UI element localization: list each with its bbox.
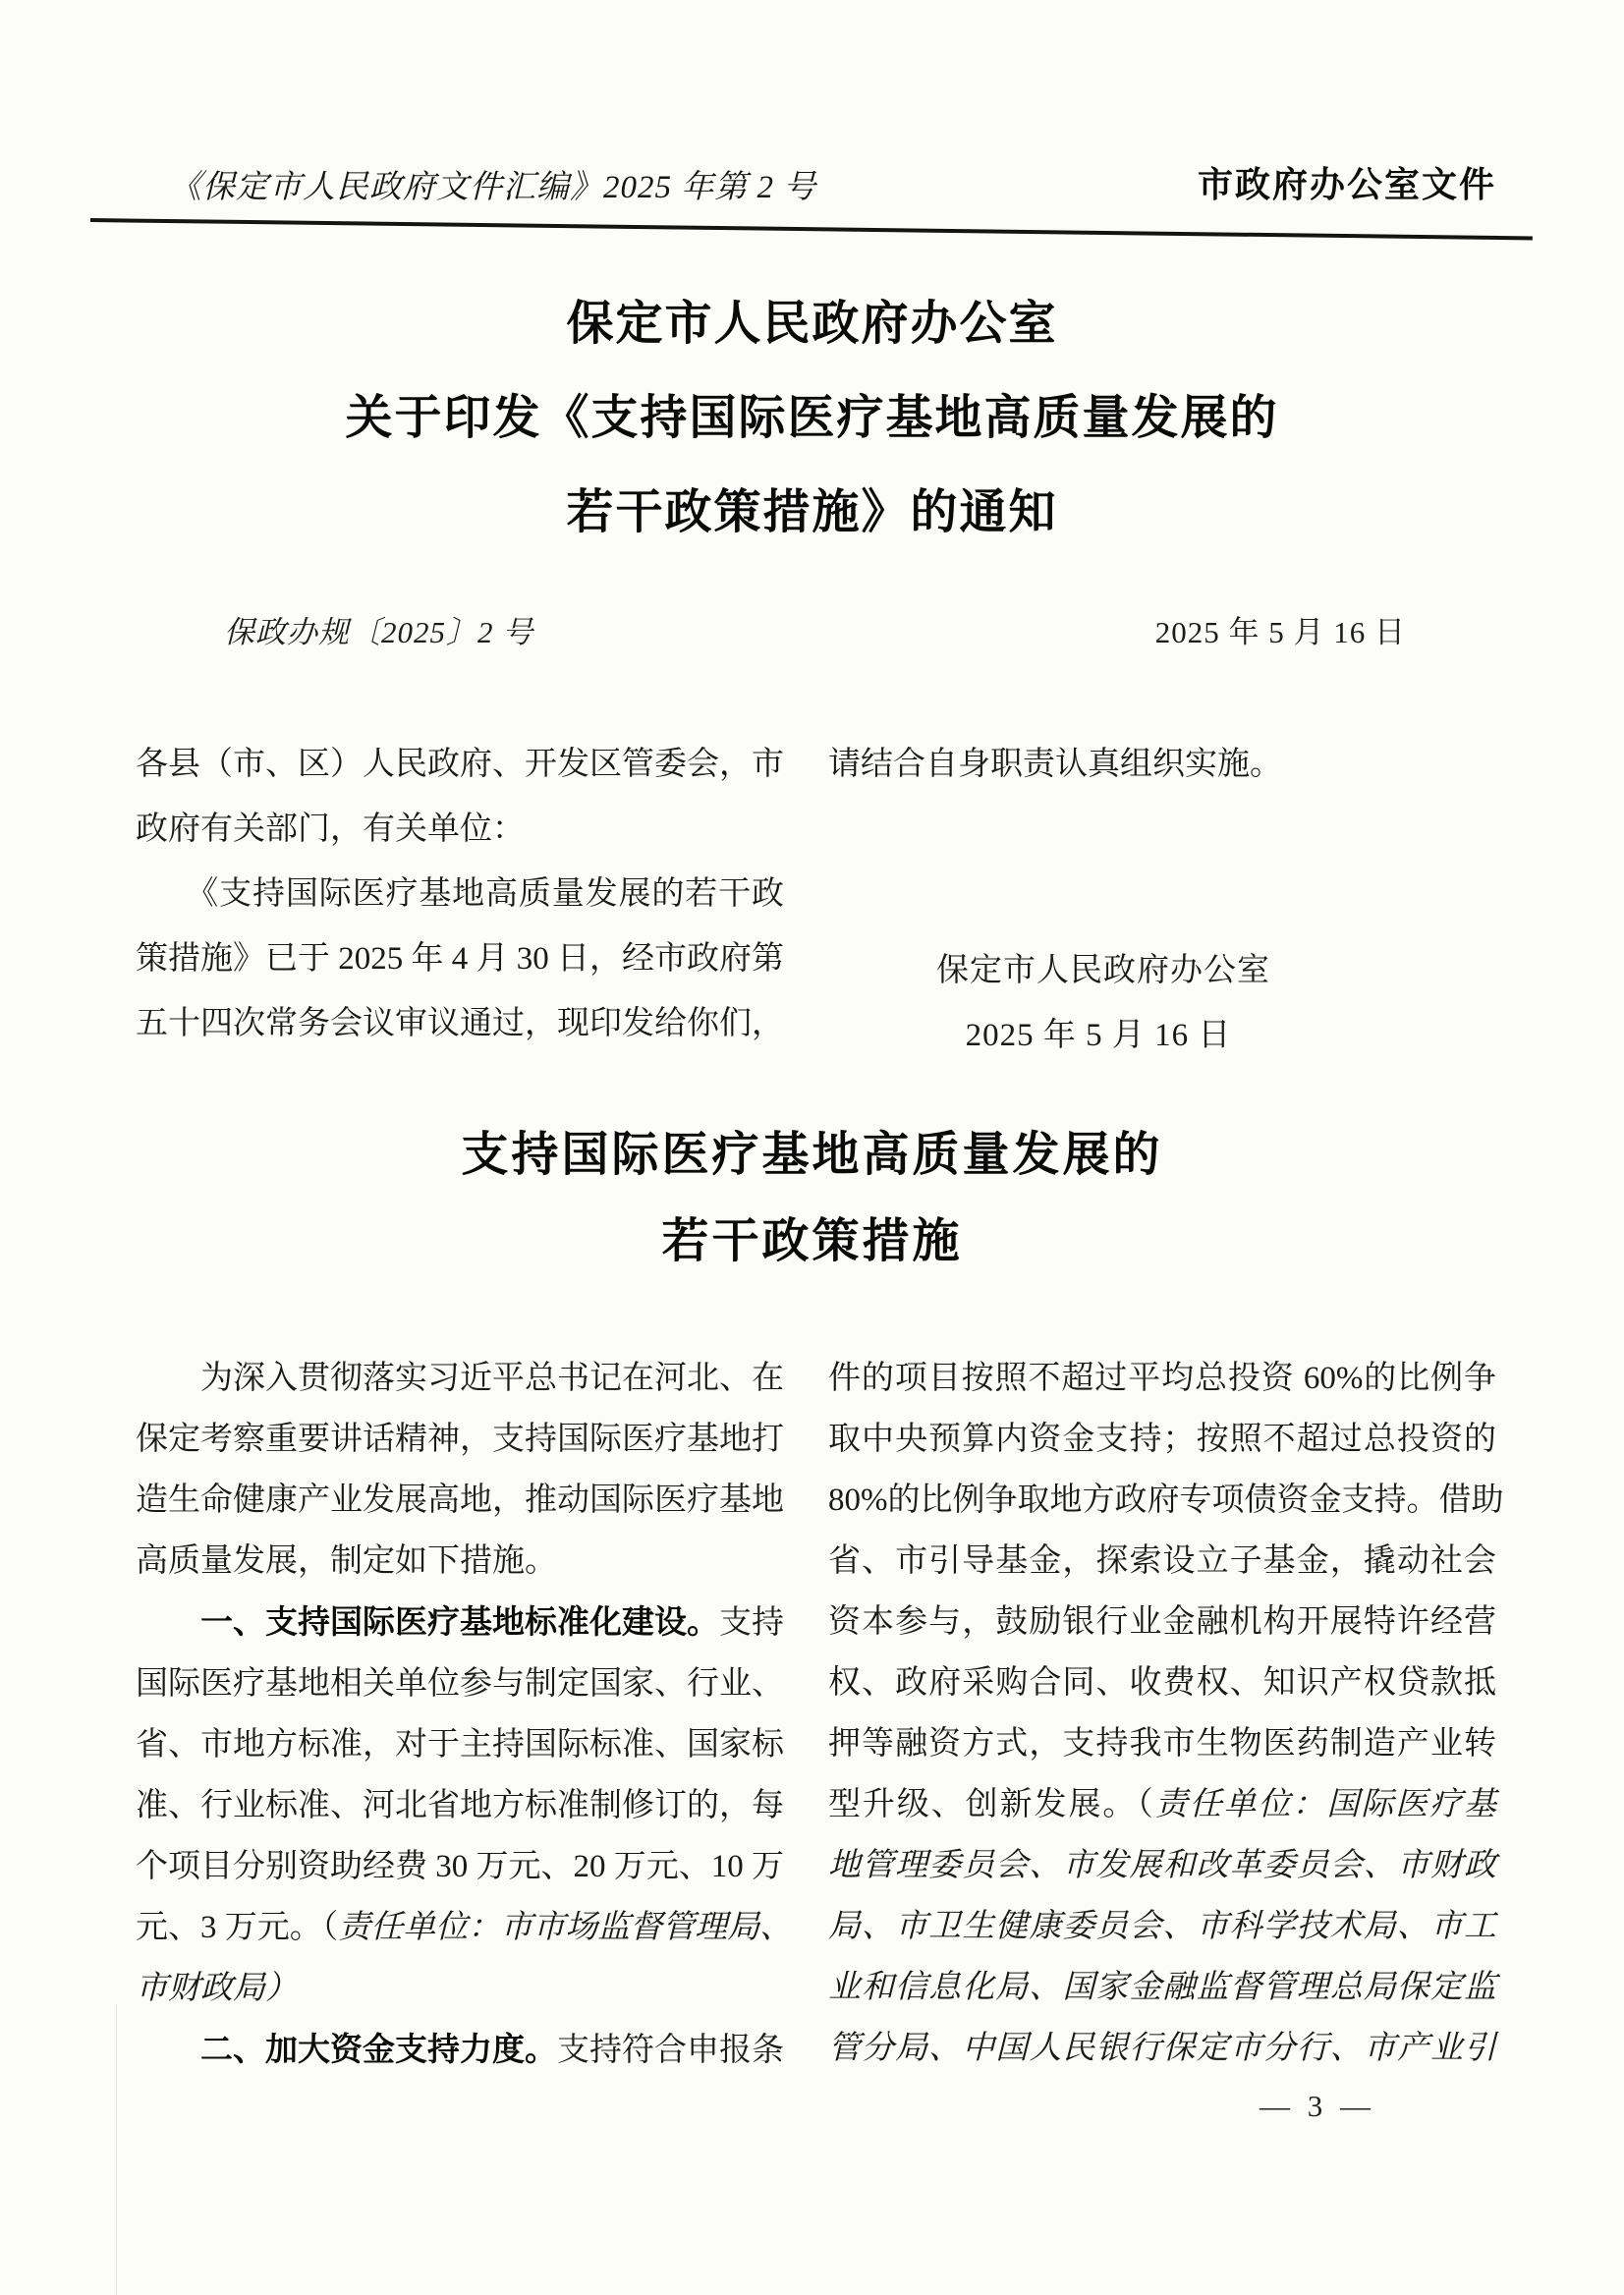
text-line: 高质量发展，制定如下措施。 <box>136 1531 784 1592</box>
text-line: 型升级、创新发展。（责任单位：国际医疗基 <box>828 1774 1496 1835</box>
document-title-line: 关于印发《支持国际医疗基地高质量发展的 <box>0 371 1624 466</box>
text-line: 押等融资方式，支持我市生物医药制造产业转 <box>828 1713 1496 1774</box>
text-line: 省、市引导基金，探索设立子基金，撬动社会 <box>828 1531 1496 1592</box>
page-number: — 3 — <box>1260 2089 1375 2124</box>
text-line: 元、3 万元。（责任单位：市市场监督管理局、 <box>136 1897 784 1958</box>
text-line: 请结合自身职责认真组织实施。 <box>828 732 1496 797</box>
text-line: 地管理委员会、市发展和改革委员会、市财政 <box>828 1835 1496 1896</box>
policy-title-line: 支持国际医疗基地高质量发展的 <box>0 1112 1624 1199</box>
text-line: 管分局、中国人民银行保定市分行、市产业引 <box>828 2018 1496 2079</box>
notice-right-lines: 请结合自身职责认真组织实施。 <box>828 732 1496 797</box>
notice-right-column: 请结合自身职责认真组织实施。 保定市人民政府办公室 2025 年 5 月 16 … <box>828 732 1496 1068</box>
text-line: 为深入贯彻落实习近平总书记在河北、在 <box>136 1348 784 1409</box>
policy-title: 支持国际医疗基地高质量发展的 若干政策措施 <box>0 1112 1624 1285</box>
text-line: 《支持国际医疗基地高质量发展的若干政 <box>136 862 784 926</box>
text-line: 局、市卫生健康委员会、市科学技术局、市工 <box>828 1896 1496 1957</box>
signature-date: 2025 年 5 月 16 日 <box>828 1003 1496 1068</box>
scan-edge-artifact <box>116 2004 117 2295</box>
text-line: 取中央预算内资金支持；按照不超过总投资的 <box>828 1409 1496 1470</box>
text-line: 业和信息化局、国家金融监督管理总局保定监 <box>828 1957 1496 2018</box>
document-reference-number: 保政办规〔2025〕2 号 <box>224 607 533 651</box>
policy-left-column: 为深入贯彻落实习近平总书记在河北、在保定考察重要讲话精神，支持国际医疗基地打造生… <box>136 1348 784 2081</box>
text-line: 保定考察重要讲话精神，支持国际医疗基地打 <box>136 1409 784 1470</box>
text-line: 80%的比例争取地方政府专项债资金支持。借助 <box>828 1470 1496 1531</box>
scanned-document-page: 《保定市人民政府文件汇编》2025 年第 2 号 市政府办公室文件 保定市人民政… <box>0 0 1624 2295</box>
page-header: 《保定市人民政府文件汇编》2025 年第 2 号 市政府办公室文件 <box>169 157 1496 207</box>
text-line: 资本参与，鼓励银行业金融机构开展特许经营 <box>828 1592 1496 1652</box>
text-line: 二、加大资金支持力度。支持符合申报条 <box>136 2019 784 2081</box>
header-office-label: 市政府办公室文件 <box>1198 157 1496 207</box>
text-line: 策措施》已于 2025 年 4 月 30 日，经市政府第 <box>136 926 784 991</box>
document-title-line: 保定市人民政府办公室 <box>0 277 1624 371</box>
text-line: 市财政局） <box>136 1958 784 2019</box>
signature-organization: 保定市人民政府办公室 <box>828 938 1496 1003</box>
text-line: 政府有关部门，有关单位： <box>136 797 784 862</box>
text-line: 造生命健康产业发展高地，推动国际医疗基地 <box>136 1470 784 1531</box>
text-line: 权、政府采购合同、收费权、知识产权贷款抵 <box>828 1652 1496 1713</box>
text-line: 一、支持国际医疗基地标准化建设。支持 <box>136 1592 784 1653</box>
header-rule <box>90 218 1533 240</box>
text-line: 五十四次常务会议审议通过，现印发给你们， <box>136 991 784 1056</box>
text-line: 省、市地方标准，对于主持国际标准、国家标 <box>136 1714 784 1775</box>
policy-title-line: 若干政策措施 <box>0 1199 1624 1285</box>
header-compilation-label: 《保定市人民政府文件汇编》2025 年第 2 号 <box>169 161 816 207</box>
text-line: 国际医疗基地相关单位参与制定国家、行业、 <box>136 1653 784 1714</box>
text-line: 件的项目按照不超过平均总投资 60%的比例争 <box>828 1348 1496 1409</box>
reference-row: 保政办规〔2025〕2 号 2025 年 5 月 16 日 <box>224 607 1406 651</box>
document-date: 2025 年 5 月 16 日 <box>1155 607 1406 651</box>
text-line: 个项目分别资助经费 30 万元、20 万元、10 万 <box>136 1836 784 1897</box>
text-line: 准、行业标准、河北省地方标准制修订的，每 <box>136 1775 784 1836</box>
policy-right-column: 件的项目按照不超过平均总投资 60%的比例争取中央预算内资金支持；按照不超过总投… <box>828 1348 1496 2079</box>
text-line: 各县（市、区）人民政府、开发区管委会，市 <box>136 732 784 797</box>
document-title-line: 若干政策措施》的通知 <box>0 466 1624 560</box>
document-title: 保定市人民政府办公室 关于印发《支持国际医疗基地高质量发展的 若干政策措施》的通… <box>0 277 1624 560</box>
notice-left-column: 各县（市、区）人民政府、开发区管委会，市政府有关部门，有关单位： 《支持国际医疗… <box>136 732 784 1056</box>
